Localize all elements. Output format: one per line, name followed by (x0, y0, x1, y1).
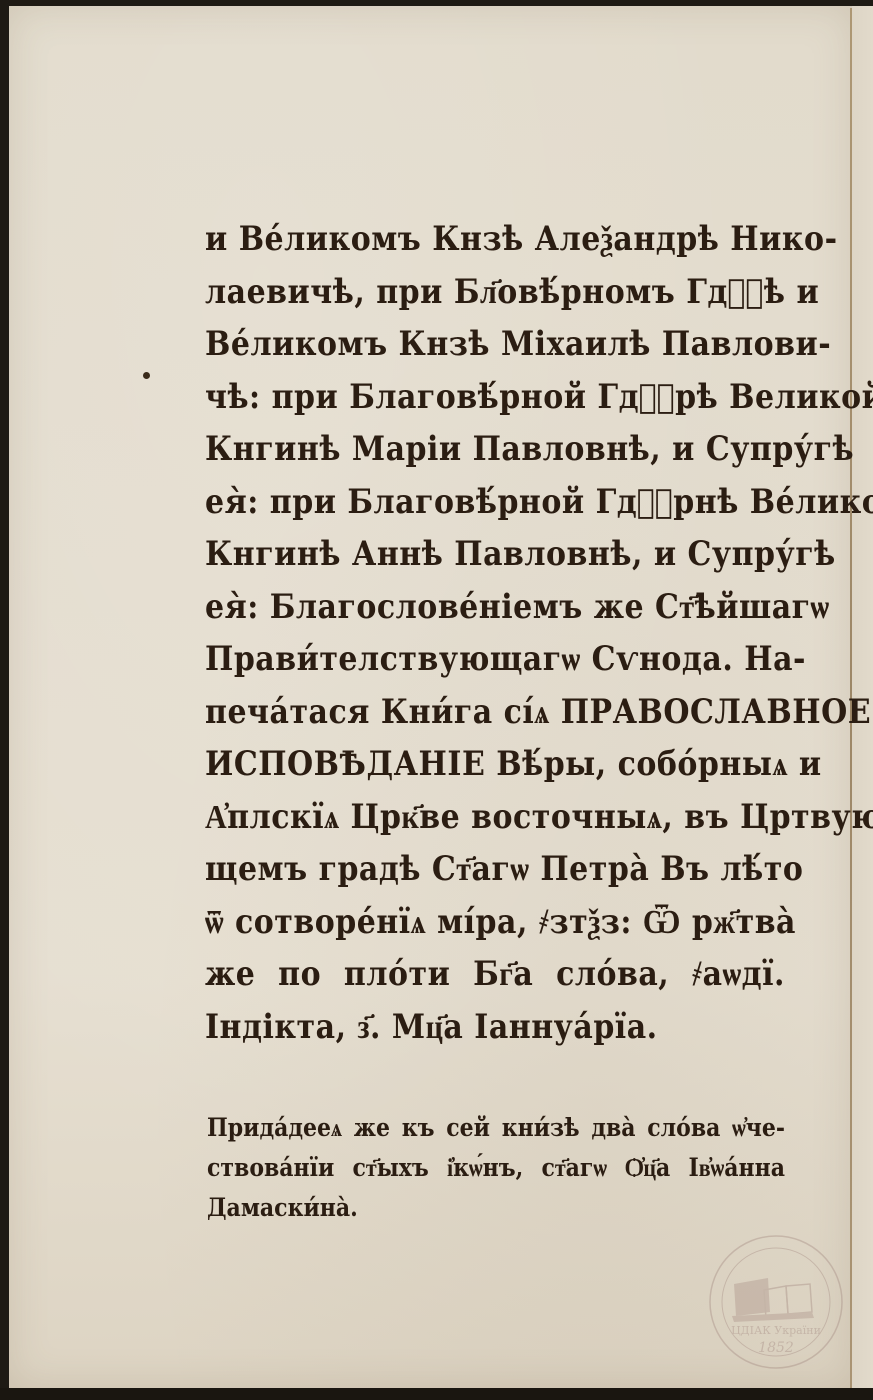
text-line: А҆плскїѧ Црк҃ве восточныѧ, въ Цртвую- (205, 788, 785, 847)
margin-ink-dot (143, 372, 150, 379)
text-line: же по пло́ти Бг҃а сло́ва, ҂аѡдї. (205, 946, 785, 1005)
text-line: чѣ: при Благовѣ́рной Гдⷭ҇рѣ Великой (205, 368, 785, 427)
text-line: Кнгинѣ Аннѣ Павловнѣ, и Супру́гѣ (205, 526, 785, 585)
text-line: Ве́ликомъ Кнзѣ Міхаилѣ Павлови- (205, 316, 785, 375)
text-line: щемъ градѣ Ст҃агѡ Петра̀ Въ лѣ́то (205, 841, 785, 900)
scan-border (0, 1388, 873, 1400)
main-text-block: и Ве́ликомъ Кнзѣ Алеѯандрѣ Нико- лаевичѣ… (205, 214, 785, 1054)
scanned-page: и Ве́ликомъ Кнзѣ Алеѯандрѣ Нико- лаевичѣ… (0, 0, 873, 1400)
archive-stamp: ЦДІАК України 1852 (706, 1232, 846, 1372)
text-line: Кнгинѣ Маріи Павловнѣ, и Супру́гѣ (205, 421, 785, 480)
text-line: ѿ сотворе́нїѧ мі́ра, ҂зтѯз: Ѿ рж҃тва̀ (205, 893, 785, 952)
note-text-block: Прида́дееѧ же къ сей кни́зѣ два̀ сло́ва … (207, 1108, 785, 1228)
books-icon (732, 1278, 814, 1322)
stamp-label: ЦДІАК України (731, 1324, 821, 1337)
text-line: Індікта, з҃. Мц҃а Іаннуа́рїа. (205, 998, 785, 1057)
text-line: ИСПОВѢДАНІЕ Вѣ́ры, собо́рныѧ и (205, 736, 785, 795)
text-line: ея̀: при Благовѣ́рной Гдⷭ҇рнѣ Ве́ликой (205, 473, 785, 532)
text-line: печа́тася Кни́га сі́ѧ ПРАВОСЛАВНОЕ (205, 683, 785, 742)
text-line: ея̀: Благослове́ніемъ же Ст҃ѣйшагѡ (205, 578, 785, 637)
note-line: Дамаски́на̀. (207, 1185, 785, 1231)
text-line: Прави́телствующагѡ Сѵнода. На- (205, 631, 785, 690)
text-line: и Ве́ликомъ Кнзѣ Алеѯандрѣ Нико- (205, 211, 785, 270)
stamp-year: 1852 (758, 1340, 794, 1356)
text-line: лаевичѣ, при Бл҃овѣ́рномъ Гдⷭ҇ѣ и (205, 263, 785, 322)
